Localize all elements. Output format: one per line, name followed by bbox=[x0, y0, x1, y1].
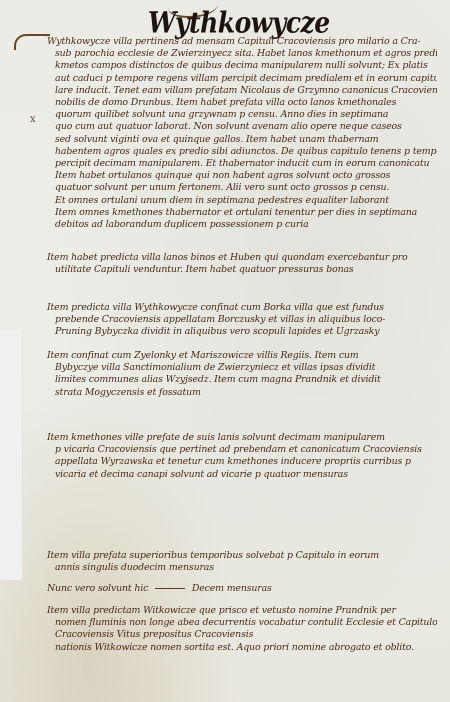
leader-line bbox=[155, 588, 185, 589]
text-line: Item omnes kmethones thabernator et ortu… bbox=[47, 207, 437, 219]
text-line: lare inducit. Tenet eam villam prefatam … bbox=[47, 85, 437, 97]
initial-flourish-ornament bbox=[14, 34, 50, 50]
text-line: Item confinat cum Zyelonky et Mariszowic… bbox=[47, 350, 437, 362]
text-line: sub parochia ecclesie de Zwierzinyecz si… bbox=[47, 48, 437, 60]
text-line: habentem agros quales ex predio sibi adi… bbox=[47, 146, 437, 158]
text-line: quo cum aut quatuor laborat. Non solvunt… bbox=[47, 121, 437, 133]
text-line: Pruning Bybyczka dividit in aliquibus ve… bbox=[47, 326, 437, 338]
text-line: Bybyczye villa Sanctimonialium de Zwierz… bbox=[47, 362, 437, 374]
paragraph-7: Nunc vero solvunt hic Decem mensuras bbox=[47, 583, 437, 595]
text-line: percipit decimam manipularem. Et thabern… bbox=[47, 158, 437, 170]
text-line: Cracoviensis Vitus prepositus Cracoviens… bbox=[47, 629, 437, 641]
text-line: strata Mogyczensis et fossatum bbox=[47, 387, 437, 399]
text-line: Item predicta villa Wythkowycze confinat… bbox=[47, 302, 437, 314]
text-line: nationis Witkowicze nomen sortita est. A… bbox=[47, 642, 437, 654]
text-line: Nunc vero solvunt hic Decem mensuras bbox=[47, 583, 437, 595]
text-line: nomen fluminis non longe abea decurrenti… bbox=[47, 617, 437, 629]
text-line: limites communes alias Wzyjsedz. Item cu… bbox=[47, 374, 437, 386]
text-segment: Decem mensuras bbox=[192, 583, 272, 594]
text-line: Et omnes ortulani unum diem in septimana… bbox=[47, 195, 437, 207]
show-through-text: . . . . . . . . . . . . . . . . . . . . … bbox=[120, 250, 440, 570]
paragraph-8: Item villa predictam Witkowicze que pris… bbox=[47, 605, 437, 654]
text-line: appellata Wyrzawska et tenetur cum kmeth… bbox=[47, 456, 437, 468]
text-line: aut caduci p tempore regens villam perci… bbox=[47, 73, 437, 85]
text-line: Item villa predictam Witkowicze que pris… bbox=[47, 605, 437, 617]
text-line: debitos ad laborandum duplicem possessio… bbox=[47, 219, 437, 231]
text-line: quatuor solvunt per unum fertonem. Alii … bbox=[47, 182, 437, 194]
marginal-mark: x bbox=[30, 114, 36, 125]
text-line: prebende Cracoviensis appellatam Borczus… bbox=[47, 314, 437, 326]
page-title: Wythkowycze bbox=[148, 6, 330, 39]
text-line: kmetos campos distinctos de quibus decim… bbox=[47, 60, 437, 72]
text-line: sed solvunt viginti ova et quinque gallo… bbox=[47, 134, 437, 146]
text-line: Item habet ortulanos quinque qui non hab… bbox=[47, 170, 437, 182]
text-line: p vicaria Cracoviensis que pertinet ad p… bbox=[47, 444, 437, 456]
paragraph-2: Item habet predicta villa lanos binos et… bbox=[47, 252, 437, 276]
paragraph-6: Item villa prefata superioribus temporib… bbox=[47, 550, 437, 574]
text-line: annis singulis duodecim mensuras bbox=[47, 562, 437, 574]
paragraph-4: Item confinat cum Zyelonky et Mariszowic… bbox=[47, 350, 437, 399]
text-line: quorum quilibet solvunt una grzywnam p c… bbox=[47, 109, 437, 121]
text-line: Wythkowycze villa pertinens ad mensam Ca… bbox=[47, 36, 437, 48]
text-line: vicaria et decima canapi solvunt ad vica… bbox=[47, 469, 437, 481]
text-line: Item kmethones ville prefate de suis lan… bbox=[47, 432, 437, 444]
paragraph-3: Item predicta villa Wythkowycze confinat… bbox=[47, 302, 437, 339]
text-segment: Nunc vero solvunt hic bbox=[47, 583, 148, 594]
text-line: nobilis de domo Drunbus. Item habet pref… bbox=[47, 97, 437, 109]
paper-edge-strip bbox=[0, 330, 23, 580]
text-line: utilitate Capituli venduntur. Item habet… bbox=[47, 264, 437, 276]
paragraph-5: Item kmethones ville prefate de suis lan… bbox=[47, 432, 437, 481]
manuscript-page: . . . . . . . . . . . . . . . . . . . . … bbox=[0, 0, 450, 702]
paragraph-1: Wythkowycze villa pertinens ad mensam Ca… bbox=[47, 36, 437, 231]
text-line: Item habet predicta villa lanos binos et… bbox=[47, 252, 437, 264]
text-line: Item villa prefata superioribus temporib… bbox=[47, 550, 437, 562]
